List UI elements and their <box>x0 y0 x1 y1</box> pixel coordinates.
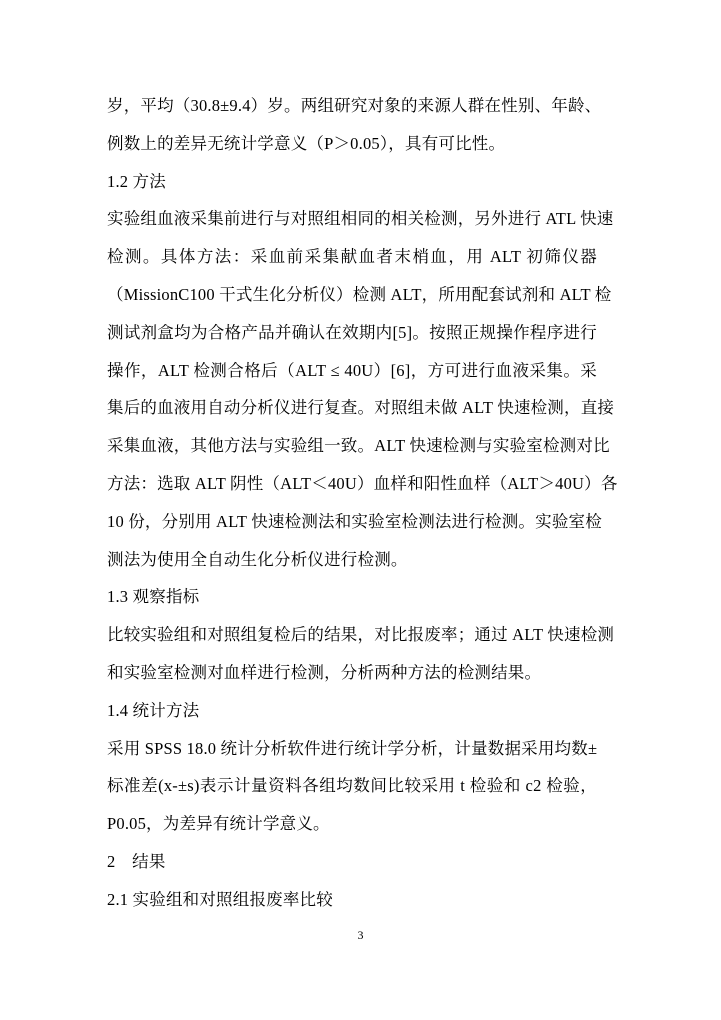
text-line: P0.05，为差异有统计学意义。 <box>107 805 597 843</box>
text-line: 检测。具体方法：采血前采集献血者末梢血，用 ALT 初筛仪器 <box>107 238 597 276</box>
text-line: 和实验室检测对血样进行检测，分析两种方法的检测结果。 <box>107 654 597 692</box>
text-line: 采用 SPSS 18.0 统计分析软件进行统计学分析，计量数据采用均数± <box>107 730 597 768</box>
text-line: 测法为使用全自动生化分析仪进行检测。 <box>107 541 597 579</box>
page-footer: 3 <box>0 927 721 943</box>
section-heading: 1.2 方法 <box>107 163 597 201</box>
page-number: 3 <box>358 928 364 942</box>
text-line: 集后的血液用自动分析仪进行复查。对照组未做 ALT 快速检测，直接 <box>107 389 597 427</box>
section-heading: 1.3 观察指标 <box>107 578 597 616</box>
document-body: 岁，平均（30.8±9.4）岁。两组研究对象的来源人群在性别、年龄、例数上的差异… <box>107 87 597 919</box>
text-line: （MissionC100 干式生化分析仪）检测 ALT，所用配套试剂和 ALT … <box>107 276 597 314</box>
text-line: 方法：选取 ALT 阴性（ALT＜40U）血样和阳性血样（ALT＞40U）各 <box>107 465 597 503</box>
section-heading: 2.1 实验组和对照组报废率比较 <box>107 881 597 919</box>
section-heading: 2 结果 <box>107 843 597 881</box>
text-line: 标准差(x-±s)表示计量资料各组均数间比较采用 t 检验和 c2 检验， <box>107 767 597 805</box>
text-line: 操作，ALT 检测合格后（ALT ≤ 40U）[6]，方可进行血液采集。采 <box>107 352 597 390</box>
text-line: 10 份，分别用 ALT 快速检测法和实验室检测法进行检测。实验室检 <box>107 503 597 541</box>
section-heading: 1.4 统计方法 <box>107 692 597 730</box>
text-line: 实验组血液采集前进行与对照组相同的相关检测，另外进行 ATL 快速 <box>107 200 597 238</box>
text-line: 比较实验组和对照组复检后的结果，对比报废率；通过 ALT 快速检测 <box>107 616 597 654</box>
text-line: 例数上的差异无统计学意义（P＞0.05），具有可比性。 <box>107 125 597 163</box>
document-page: 岁，平均（30.8±9.4）岁。两组研究对象的来源人群在性别、年龄、例数上的差异… <box>0 0 721 1020</box>
text-line: 岁，平均（30.8±9.4）岁。两组研究对象的来源人群在性别、年龄、 <box>107 87 597 125</box>
text-line: 采集血液，其他方法与实验组一致。ALT 快速检测与实验室检测对比 <box>107 427 597 465</box>
text-line: 测试剂盒均为合格产品并确认在效期内[5]。按照正规操作程序进行 <box>107 314 597 352</box>
